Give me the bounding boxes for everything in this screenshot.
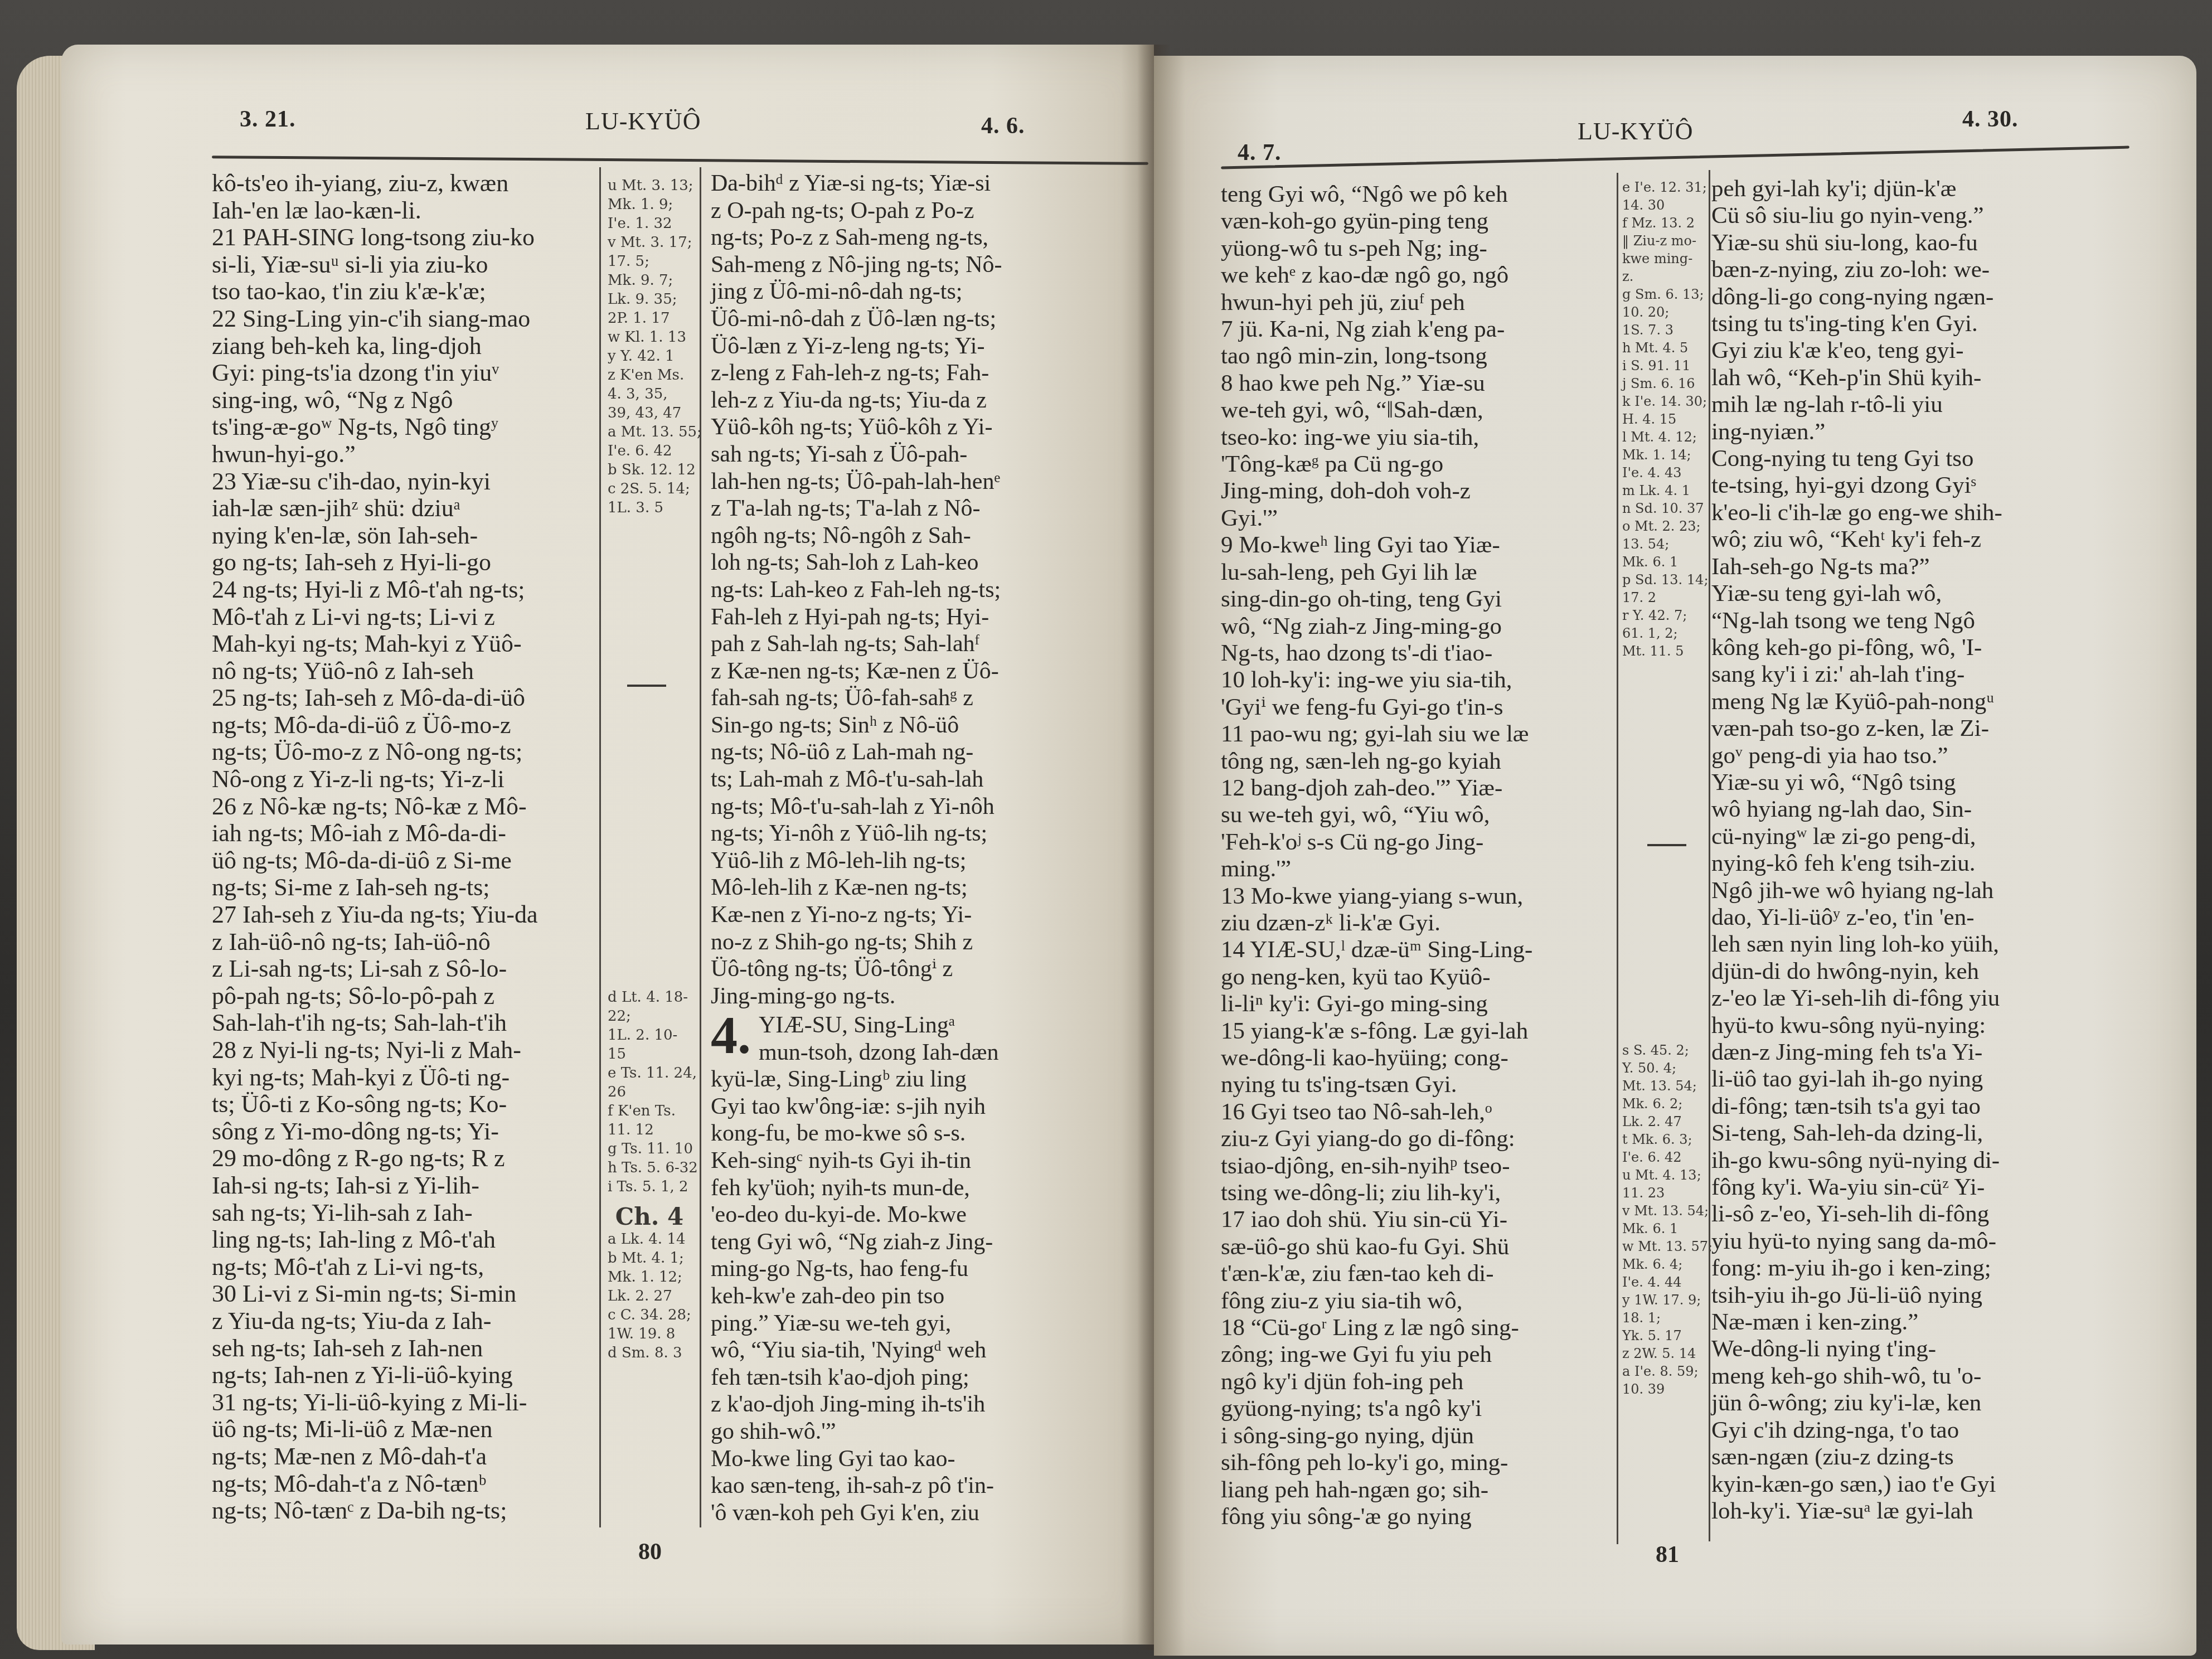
- text-line: li-sô z-'eo, Yi-seh-lih di-fông: [1711, 1201, 2113, 1228]
- text-line: Cong-nying tu teng Gyi tso: [1711, 445, 2113, 472]
- cross-reference: b Mt. 4. 1;: [608, 1249, 691, 1268]
- text-line: meng keh-go shih-wô, tu 'o-: [1711, 1363, 2113, 1390]
- text-line: z Li-sah ng-ts; Li-sah z Sô-lo-: [212, 955, 591, 983]
- text-line: tông ng, sæn-leh ng-go kyiah: [1221, 748, 1611, 775]
- text-line: sæ-üô-go shü kao-fu Gyi. Shü: [1221, 1234, 1611, 1260]
- text-line: z T'a-lah ng-ts; T'a-lah z Nô-: [711, 495, 1073, 522]
- text-line: hwun-hyi peh jü, ziuᶠ peh: [1221, 289, 1611, 316]
- text-line: 9 Mo-kweʰ ling Gyi tao Yiæ-: [1221, 532, 1611, 559]
- text-line: ngôh ng-ts; Nô-ngôh z Sah-: [711, 522, 1073, 550]
- text-line: li-üô tao gyi-lah ih-go nying: [1711, 1066, 2113, 1093]
- cross-reference: k I'e. 14. 30;: [1622, 392, 1706, 410]
- header-rule: [212, 156, 1148, 165]
- text-line: nô ng-ts; Yüô-nô z Iah-seh: [212, 658, 591, 685]
- text-line: Mah-kyi ng-ts; Mah-kyi z Yüô-: [212, 630, 591, 658]
- text-line: li-liⁿ ky'i: Gyi-go ming-sing: [1221, 991, 1611, 1017]
- text-line: Üô-tông ng-ts; Üô-tôngⁱ z: [711, 955, 1073, 983]
- cross-reference: t Mk. 6. 3;: [1622, 1131, 1706, 1148]
- cross-reference: v Mt. 3. 17;: [608, 233, 691, 252]
- cross-reference: ‖ Ziu-z mo-: [1622, 232, 1706, 250]
- text-line: fah-sah ng-ts; Üô-fah-sahᵍ z: [711, 685, 1073, 712]
- text-line: Gyi tao kw'ông-iæ: s-jih nyih: [711, 1093, 1073, 1120]
- text-line: leh-z z Yiu-da ng-ts; Yiu-da z: [711, 387, 1073, 414]
- cross-reference: 2P. 1. 17: [608, 309, 691, 328]
- cross-reference: i S. 91. 11: [1622, 357, 1706, 375]
- references-bottom: d Lt. 4. 18-22;1L. 2. 10-15e Ts. 11. 24,…: [608, 988, 691, 1196]
- text-line: 12 bang-djoh zah-deo.'” Yiæ-: [1221, 775, 1611, 802]
- text-line: kyin-kæn-go sæn,) iao t'e Gyi: [1711, 1471, 2113, 1498]
- text-line: 7 jü. Ka-ni, Ng ziah k'eng pa-: [1221, 316, 1611, 343]
- cross-reference: Mk. 1. 9;: [608, 195, 691, 214]
- text-line: Üô-læn z Yi-z-leng ng-ts; Yi-: [711, 333, 1073, 360]
- text-line: ing-nyiæn.”: [1711, 419, 2113, 445]
- text-line: cü-nyingʷ læ zi-go peng-di,: [1711, 823, 2113, 850]
- text-line: sæn-ngæn (ziu-z dzing-ts: [1711, 1444, 2113, 1471]
- text-line: loh-ky'i. Yiæ-suᵃ læ gyi-lah: [1711, 1498, 2113, 1525]
- cross-reference: i Ts. 5. 1, 2: [608, 1177, 691, 1196]
- text-line: 16 Gyi tseo tao Nô-sah-leh,ᵒ: [1221, 1099, 1611, 1126]
- text-line: ng-ts; Nô-tænᶜ z Da-bih ng-ts;: [212, 1497, 591, 1525]
- cross-reference: 11. 12: [608, 1120, 691, 1139]
- cross-reference: Mk. 6. 2;: [1622, 1095, 1706, 1113]
- text-line: tao ngô min-zin, long-tsong: [1221, 343, 1611, 370]
- left-text-column-1: kô-ts'eo ih-yiang, ziu-z, kwænIah-'en læ…: [212, 170, 591, 1525]
- text-line: k'eo-li c'ih-læ go eng-we shih-: [1711, 499, 2113, 526]
- cross-reference: 61. 1, 2;: [1622, 624, 1706, 642]
- text-line: zông; ing-we Gyi fu yiu peh: [1221, 1341, 1611, 1368]
- cross-reference: 1L. 2. 10-: [608, 1026, 691, 1045]
- text-line: ng-ts; Üô-mo-z z Nô-ong ng-ts;: [212, 739, 591, 766]
- text-line: Cü sô siu-liu go nyin-veng.”: [1711, 202, 2113, 229]
- cross-reference: Mk. 9. 7;: [608, 271, 691, 290]
- cross-reference: j Sm. 6. 16: [1622, 375, 1706, 392]
- text-line: loh ng-ts; Sah-loh z Lah-keo: [711, 549, 1073, 576]
- cross-reference: 39, 43, 47: [608, 404, 691, 423]
- cross-reference: Mk. 6. 1: [1622, 553, 1706, 571]
- text-line: jün ô-wông; ziu ky'i-læ, ken: [1711, 1390, 2113, 1417]
- text-line: Nô-ong z Yi-z-li ng-ts; Yi-z-li: [212, 766, 591, 793]
- text-line: feh ky'üoh; nyih-ts mun-de,: [711, 1175, 1073, 1202]
- text-line: ng-ts: Lah-keo z Fah-leh ng-ts;: [711, 576, 1073, 604]
- cross-reference: I'e. 1. 32: [608, 214, 691, 233]
- text-line: Si-teng, Sah-leh-da dzing-li,: [1711, 1120, 2113, 1147]
- cross-reference: 17. 2: [1622, 589, 1706, 607]
- text-line: djün-di do hwông-nyin, keh: [1711, 958, 2113, 985]
- right-text-column-2: peh gyi-lah ky'i; djün-k'æCü sô siu-liu …: [1711, 176, 2113, 1525]
- chapter-4-block: 4. YIÆ-SU, Sing-Lingᵃmun-tsoh, dzong Iah…: [711, 1012, 1073, 1526]
- text-line: Sah-lah-t'ih ng-ts; Sah-lah-t'ih: [212, 1010, 591, 1037]
- cross-reference: y 1W. 17. 9;: [1622, 1291, 1706, 1309]
- header-ref-start: 4. 7.: [1238, 139, 1282, 166]
- text-line: lu-sah-leng, peh Gyi lih læ: [1221, 559, 1611, 586]
- text-line: si-li, Yiæ-suᵘ si-li yia ziu-ko: [212, 251, 591, 279]
- references-bottom: s S. 45. 2;Y. 50. 4;Mt. 13. 54;Mk. 6. 2;…: [1622, 1041, 1706, 1398]
- cross-reference: s S. 45. 2;: [1622, 1041, 1706, 1059]
- cross-reference: d Lt. 4. 18-: [608, 988, 691, 1007]
- column-divider: [599, 167, 601, 1527]
- text-line: keh-kw'e zah-deo pin tso: [711, 1283, 1073, 1310]
- text-line: dông-li-go cong-nying ngæn-: [1711, 284, 2113, 311]
- text-line: Ng-ts, hao dzong ts'-di t'iao-: [1221, 640, 1611, 667]
- text-line: ng-ts; Mô-da-di-üô z Üô-mo-z: [212, 712, 591, 739]
- text-line: te-tsing, hyi-gyi dzong Gyiˢ: [1711, 472, 2113, 499]
- cross-reference: 1W. 19. 8: [608, 1325, 691, 1343]
- text-line: ziu-z Gyi yiang-do go di-fông:: [1221, 1126, 1611, 1152]
- cross-reference: Mk. 6. 4;: [1622, 1255, 1706, 1273]
- text-line: no-z z Shih-go ng-ts; Shih z: [711, 929, 1073, 956]
- cross-reference: 13. 54;: [1622, 535, 1706, 553]
- text-line: go shih-wô.'”: [711, 1418, 1073, 1445]
- text-line: ling ng-ts; Iah-ling z Mô-t'ah: [212, 1226, 591, 1254]
- cross-reference: Lk. 9. 35;: [608, 290, 691, 309]
- text-line: fông ky'i. Wa-yiu sin-cüᶻ Yi-: [1711, 1174, 2113, 1201]
- text-line: 30 Li-vi z Si-min ng-ts; Si-min: [212, 1280, 591, 1308]
- column-divider: [1617, 173, 1618, 1544]
- text-line: lah-hen ng-ts; Üô-pah-lah-henᵉ: [711, 468, 1073, 496]
- text-line: di-fông; tæn-tsih ts'a gyi tao: [1711, 1093, 2113, 1120]
- cross-reference: z.: [1622, 268, 1706, 285]
- text-line: tsih-yiu ih-go Jü-li-üô nying: [1711, 1282, 2113, 1309]
- text-line: 'Feh-k'oʲ s-s Cü ng-go Jing-: [1221, 829, 1611, 856]
- cross-reference: c C. 34. 28;: [608, 1306, 691, 1325]
- right-text-column-1: teng Gyi wô, “Ngô we pô kehvæn-koh-go gy…: [1221, 181, 1611, 1530]
- cross-reference: I'e. 6. 42: [608, 442, 691, 460]
- text-line: wô hyiang ng-lah dao, Sin-: [1711, 796, 2113, 823]
- text-line: z-leng z Fah-leh-z ng-ts; Fah-: [711, 360, 1073, 387]
- text-line: Mô-leh-lih z Kæ-nen ng-ts;: [711, 874, 1073, 901]
- text-line: go neng-ken, kyü tao Kyüô-: [1221, 964, 1611, 991]
- chapter-4-text: YIÆ-SU, Sing-Lingᵃmun-tsoh, dzong Iah-dæ…: [711, 1012, 1073, 1526]
- column-divider: [1709, 170, 1710, 1541]
- cross-reference: Y. 50. 4;: [1622, 1059, 1706, 1077]
- text-line: hyü-to kwu-sông nyü-nying:: [1711, 1012, 2113, 1039]
- text-line: teng Gyi wô, “Ng ziah-z Jing-: [711, 1229, 1073, 1256]
- text-line: Yiæ-su yi wô, “Ngô tsing: [1711, 769, 2113, 796]
- text-line: Yüô-kôh ng-ts; Yüô-kôh z Yi-: [711, 414, 1073, 441]
- text-line: ziang beh-keh ka, ling-djoh: [212, 333, 591, 360]
- text-line: wô; ziu wô, “Kehᵗ ky'i feh-z: [1711, 526, 2113, 553]
- text-line: 29 mo-dông z R-go ng-ts; R z: [212, 1145, 591, 1172]
- text-line: fong: m-yiu ih-go i ken-zing;: [1711, 1255, 2113, 1282]
- text-line: dao, Yi-li-üôʸ z-'eo, t'in 'en-: [1711, 904, 2113, 931]
- text-line: ng-ts; Nô-üô z Lah-mah ng-: [711, 739, 1073, 766]
- cross-reference: g Ts. 11. 10: [608, 1139, 691, 1158]
- text-line: yüong-wô tu s-peh Ng; ing-: [1221, 235, 1611, 262]
- text-line: Keh-singᶜ nyih-ts Gyi ih-tin: [711, 1147, 1073, 1175]
- text-line: kyi ng-ts; Mah-kyi z Üô-ti ng-: [212, 1064, 591, 1092]
- cross-reference: h Ts. 5. 6-32: [608, 1158, 691, 1177]
- text-line: goᵛ peng-di yia hao tso.”: [1711, 743, 2113, 769]
- text-line: 14 YIÆ-SU,ˡ dzæ-üᵐ Sing-Ling-: [1221, 937, 1611, 963]
- text-line: Yiæ-su shü siu-long, kao-fu: [1711, 230, 2113, 256]
- text-line: ts; Lah-mah z Mô-t'u-sah-lah: [711, 766, 1073, 793]
- cross-reference: I'e. 6. 42: [1622, 1148, 1706, 1166]
- text-line: væn-pah tso-go z-ken, læ Zi-: [1711, 715, 2113, 742]
- column-divider: [700, 167, 701, 1527]
- text-line: væn-koh-go gyün-ping teng: [1221, 208, 1611, 235]
- text-line: gyüong-nying; ts'a ngô ky'i: [1221, 1395, 1611, 1422]
- text-line: YIÆ-SU, Sing-Lingᵃ: [711, 1012, 1073, 1039]
- cross-reference: Mt. 13. 54;: [1622, 1077, 1706, 1095]
- cross-reference: 14. 30: [1622, 196, 1706, 214]
- right-cross-references: e I'e. 12. 31;14. 30f Mz. 13. 2‖ Ziu-z m…: [1622, 178, 1706, 1398]
- text-line: 28 z Nyi-li ng-ts; Nyi-li z Mah-: [212, 1037, 591, 1064]
- text-line: Næ-mæn i ken-zing.”: [1711, 1309, 2113, 1336]
- header-ref-end: 4. 30.: [1962, 106, 2019, 133]
- text-line: teng Gyi wô, “Ngô we pô keh: [1221, 181, 1611, 208]
- text-line: Da-bihᵈ z Yiæ-si ng-ts; Yiæ-si: [711, 170, 1073, 197]
- text-line: kô-ts'eo ih-yiang, ziu-z, kwæn: [212, 170, 591, 197]
- separator-dash: [1647, 844, 1686, 846]
- text-line: Fah-leh z Hyi-pah ng-ts; Hyi-: [711, 604, 1073, 631]
- text-line: meng Ng læ Kyüô-pah-nongᵘ: [1711, 688, 2113, 715]
- separator-dash: [627, 685, 666, 687]
- text-line: ts'ing-æ-goʷ Ng-ts, Ngô tingʸ: [212, 414, 591, 441]
- chapter-label: Ch. 4: [608, 1207, 691, 1226]
- text-line: We-dông-li nying t'ing-: [1711, 1336, 2113, 1362]
- cross-reference: o Mt. 2. 23;: [1622, 517, 1706, 535]
- text-line: Yiæ-su teng gyi-lah wô,: [1711, 580, 2113, 607]
- cross-reference: r Y. 42. 7;: [1622, 607, 1706, 624]
- text-line: we-dông-li kao-hyüing; cong-: [1221, 1045, 1611, 1071]
- text-line: tseo-ko: ing-we yiu sia-tih,: [1221, 424, 1611, 451]
- text-line: i sông-sing-go nying, djün: [1221, 1423, 1611, 1449]
- text-line: ng-ts; Yi-nôh z Yüô-lih ng-ts;: [711, 820, 1073, 847]
- text-line: fông ziu-z yiu sia-tih wô,: [1221, 1288, 1611, 1314]
- cross-reference: 4. 3, 35,: [608, 385, 691, 404]
- text-line: 18 “Cü-goʳ Ling z læ ngô sing-: [1221, 1314, 1611, 1341]
- text-line: z O-pah ng-ts; O-pah z Po-z: [711, 197, 1073, 225]
- cross-reference: n Sd. 10. 37: [1622, 499, 1706, 517]
- text-line: 8 hao kwe peh Ng.” Yiæ-su: [1221, 370, 1611, 397]
- text-line: tsing tu ts'ing-ting k'en Gyi.: [1711, 311, 2113, 337]
- text-line: 26 z Nô-kæ ng-ts; Nô-kæ z Mô-: [212, 793, 591, 821]
- cross-reference: Mt. 11. 5: [1622, 642, 1706, 660]
- text-line: z Iah-üô-nô ng-ts; Iah-üô-nô: [212, 929, 591, 956]
- text-line: sing-ing, wô, “Ng z Ngô: [212, 387, 591, 414]
- left-text-column-2: Da-bihᵈ z Yiæ-si ng-ts; Yiæ-siz O-pah ng…: [711, 170, 1073, 1010]
- cross-reference: h Mt. 4. 5: [1622, 339, 1706, 357]
- cross-reference: f K'en Ts.: [608, 1102, 691, 1120]
- cross-reference: 11. 23: [1622, 1184, 1706, 1202]
- chapter-number: 4.: [711, 1012, 751, 1059]
- text-line: 'Gyiⁱ we feng-fu Gyi-go t'in-s: [1221, 694, 1611, 721]
- text-line: z k'ao-djoh Jing-ming ih-ts'ih: [711, 1391, 1073, 1418]
- text-line: 15 yiang-k'æ s-fông. Læ gyi-lah: [1221, 1018, 1611, 1045]
- text-line: 21 PAH-SING long-tsong ziu-ko: [212, 224, 591, 251]
- cross-reference: u Mt. 4. 13;: [1622, 1166, 1706, 1184]
- cross-reference: 18. 1;: [1622, 1309, 1706, 1327]
- text-line: 23 Yiæ-su c'ih-dao, nyin-kyi: [212, 468, 591, 496]
- header-ref-end: 4. 6.: [981, 113, 1025, 139]
- references-top: u Mt. 3. 13;Mk. 1. 9;I'e. 1. 32v Mt. 3. …: [608, 176, 691, 517]
- text-line: üô ng-ts; Mô-da-di-üô z Si-me: [212, 847, 591, 875]
- text-line: kong-fu, be mo-kwe sô s-s.: [711, 1120, 1073, 1147]
- text-line: iah ng-ts; Mô-iah z Mô-da-di-: [212, 820, 591, 847]
- cross-reference: p Sd. 13. 14;: [1622, 571, 1706, 589]
- text-line: su we-teh gyi, wô, “Yiu wô,: [1221, 802, 1611, 828]
- text-line: sah ng-ts; Yi-lih-sah z Iah-: [212, 1200, 591, 1227]
- text-line: z Kæ-nen ng-ts; Kæ-nen z Üô-: [711, 658, 1073, 685]
- cross-reference: l Mt. 4. 12;: [1622, 428, 1706, 446]
- text-line: ng-ts; Mô-t'ah z Li-vi ng-ts,: [212, 1254, 591, 1281]
- text-line: ts; Üô-ti z Ko-sông ng-ts; Ko-: [212, 1091, 591, 1118]
- text-line: kông keh-go pi-fông, wô, 'I-: [1711, 634, 2113, 661]
- text-line: ping.” Yiæ-su we-teh gyi,: [711, 1310, 1073, 1337]
- text-line: 'ô væn-koh peh Gyi k'en, ziu: [711, 1500, 1073, 1527]
- cross-reference: Lk. 2. 27: [608, 1287, 691, 1306]
- text-line: 24 ng-ts; Hyi-li z Mô-t'ah ng-ts;: [212, 576, 591, 604]
- text-line: mih læ ng-lah r-tô-li yiu: [1711, 391, 2113, 418]
- text-line: 13 Mo-kwe yiang-yiang s-wun,: [1221, 883, 1611, 910]
- cross-reference: 1S. 7. 3: [1622, 321, 1706, 339]
- cross-reference: a I'e. 8. 59;: [1622, 1362, 1706, 1380]
- text-line: wô, “Ng ziah-z Jing-ming-go: [1221, 613, 1611, 640]
- cross-reference: d Sm. 8. 3: [608, 1343, 691, 1362]
- text-line: we-teh gyi, wô, “‖Sah-dæn,: [1221, 397, 1611, 424]
- text-line: Kæ-nen z Yi-no-z ng-ts; Yi-: [711, 901, 1073, 929]
- text-line: 25 ng-ts; Iah-seh z Mô-da-di-üô: [212, 685, 591, 712]
- text-line: Gyi c'ih dzing-nga, t'o tao: [1711, 1417, 2113, 1444]
- text-line: Sah-meng z Nô-jing ng-ts; Nô-: [711, 251, 1073, 279]
- cross-reference: z K'en Ms.: [608, 366, 691, 385]
- cross-reference: 22;: [608, 1007, 691, 1026]
- text-line: sih-fông peh lo-ky'i go, ming-: [1221, 1449, 1611, 1476]
- cross-reference: m Lk. 4. 1: [1622, 482, 1706, 499]
- text-line: tsiao-djông, en-sih-nyihᵖ tseo-: [1221, 1153, 1611, 1180]
- cross-reference: w Kl. 1. 13: [608, 328, 691, 347]
- text-line: tsing we-dông-li; ziu lih-ky'i,: [1221, 1180, 1611, 1206]
- text-line: t'æn-k'æ, ziu fæn-tao keh di-: [1221, 1260, 1611, 1287]
- header-title: LU-KYÜÔ: [585, 107, 701, 135]
- text-line: Mo-kwe ling Gyi tao kao-: [711, 1445, 1073, 1473]
- text-line: 'Tông-kæᵍ pa Cü ng-go: [1221, 451, 1611, 478]
- text-line: yiu hyü-to nying sang da-mô-: [1711, 1228, 2113, 1255]
- text-line: Mô-t'ah z Li-vi ng-ts; Li-vi z: [212, 604, 591, 631]
- text-line: ih-go kwu-sông nyü-nying di-: [1711, 1147, 2113, 1174]
- text-line: 'eo-deo du-kyi-de. Mo-kwe: [711, 1201, 1073, 1229]
- text-line: ming.'”: [1221, 856, 1611, 882]
- text-line: nying-kô feh k'eng tsih-ziu.: [1711, 850, 2113, 877]
- text-line: nying k'en-læ, sön Iah-seh-: [212, 522, 591, 550]
- text-line: Ngô jih-we wô hyiang ng-lah: [1711, 877, 2113, 904]
- cross-reference: 10. 39: [1622, 1380, 1706, 1398]
- text-line: 22 Sing-Ling yin-c'ih siang-mao: [212, 305, 591, 333]
- text-line: sông z Yi-mo-dông ng-ts; Yi-: [212, 1118, 591, 1146]
- text-line: ziu dzæn-zᵏ li-k'æ Gyi.: [1221, 910, 1611, 937]
- text-line: hwun-hyi-go.”: [212, 441, 591, 468]
- header-rule: [1221, 146, 2129, 169]
- text-line: z Yiu-da ng-ts; Yiu-da z Iah-: [212, 1308, 591, 1335]
- text-line: üô ng-ts; Mi-li-üô z Mæ-nen: [212, 1416, 591, 1443]
- cross-reference: f Mz. 13. 2: [1622, 214, 1706, 232]
- cross-reference: 15: [608, 1045, 691, 1064]
- text-line: sing-din-go oh-ting, teng Gyi: [1221, 586, 1611, 613]
- text-line: z-'eo læ Yi-seh-lih di-fông yiu: [1711, 985, 2113, 1012]
- text-line: ng-ts; Si-me z Iah-seh ng-ts;: [212, 874, 591, 901]
- cross-reference: a Lk. 4. 14: [608, 1230, 691, 1249]
- text-line: bæn-z-nying, ziu zo-loh: we-: [1711, 256, 2113, 283]
- cross-reference: e I'e. 12. 31;: [1622, 178, 1706, 196]
- cross-reference: Mk. 6. 1: [1622, 1220, 1706, 1238]
- cross-reference: 1L. 3. 5: [608, 498, 691, 517]
- text-line: liang peh hah-ngæn go; sih-: [1221, 1477, 1611, 1503]
- cross-reference: a Mt. 13. 55;: [608, 423, 691, 442]
- text-line: Gyi: ping-ts'ia dzong t'in yiuᵛ: [212, 360, 591, 387]
- references-chapter-4: a Lk. 4. 14b Mt. 4. 1;Mk. 1. 12;Lk. 2. 2…: [608, 1230, 691, 1362]
- cross-reference: H. 4. 15: [1622, 410, 1706, 428]
- text-line: feh tæn-tsih k'ao-djoh ping;: [711, 1364, 1073, 1391]
- text-line: fông yiu sông-'æ go nying: [1221, 1503, 1611, 1530]
- text-line: Iah-seh-go Ng-ts ma?”: [1711, 554, 2113, 580]
- text-line: sah ng-ts; Yi-sah z Üô-pah-: [711, 441, 1073, 468]
- text-line: ngô ky'i djün foh-ing peh: [1221, 1369, 1611, 1395]
- text-line: ng-ts; Iah-nen z Yi-li-üô-kying: [212, 1362, 591, 1389]
- text-line: 10 loh-ky'i: ing-we yiu sia-tih,: [1221, 667, 1611, 693]
- text-line: jing z Üô-mi-nô-dah ng-ts;: [711, 278, 1073, 305]
- left-cross-references: u Mt. 3. 13;Mk. 1. 9;I'e. 1. 32v Mt. 3. …: [608, 176, 691, 1362]
- cross-reference: c 2S. 5. 14;: [608, 479, 691, 498]
- text-line: Yüô-lih z Mô-leh-lih ng-ts;: [711, 847, 1073, 875]
- text-line: leh sæn nyin ling loh-ko yüih,: [1711, 931, 2113, 958]
- cross-reference: Lk. 2. 47: [1622, 1113, 1706, 1131]
- page-number: 80: [638, 1539, 662, 1565]
- cross-reference: Mk. 1. 14;: [1622, 446, 1706, 464]
- text-line: Jing-ming, doh-doh voh-z: [1221, 478, 1611, 505]
- text-line: tso tao-kao, t'in ziu k'æ-k'æ;: [212, 278, 591, 305]
- cross-reference: z 2W. 5. 14: [1622, 1345, 1706, 1362]
- left-page: 3. 21. LU-KYÜÔ 4. 6. kô-ts'eo ih-yiang, …: [61, 45, 1154, 1645]
- text-line: sang ky'i i zi:' ah-lah t'ing-: [1711, 661, 2113, 688]
- header-ref-start: 3. 21.: [240, 106, 296, 133]
- text-line: Iah-'en læ lao-kæn-li.: [212, 197, 591, 225]
- text-line: 31 ng-ts; Yi-li-üô-kying z Mi-li-: [212, 1389, 591, 1417]
- cross-reference: 26: [608, 1083, 691, 1102]
- text-line: seh ng-ts; Iah-seh z Iah-nen: [212, 1335, 591, 1362]
- text-line: go ng-ts; Iah-seh z Hyi-li-go: [212, 549, 591, 576]
- references-top: e I'e. 12. 31;14. 30f Mz. 13. 2‖ Ziu-z m…: [1622, 178, 1706, 660]
- cross-reference: 17. 5;: [608, 252, 691, 271]
- cross-reference: y Y. 42. 1: [608, 347, 691, 366]
- text-line: Üô-mi-nô-dah z Üô-læn ng-ts;: [711, 305, 1073, 333]
- text-line: we kehᵉ z kao-dæ ngô go, ngô: [1221, 262, 1611, 289]
- text-line: peh gyi-lah ky'i; djün-k'æ: [1711, 176, 2113, 202]
- text-line: Gyi ziu k'æ k'eo, teng gyi-: [1711, 337, 2113, 364]
- text-line: lah wô, “Keh-p'in Shü kyih-: [1711, 365, 2113, 391]
- cross-reference: I'e. 4. 43: [1622, 464, 1706, 482]
- cross-reference: g Sm. 6. 13;: [1622, 285, 1706, 303]
- text-line: kao sæn-teng, ih-sah-z pô t'in-: [711, 1472, 1073, 1500]
- cross-reference: I'e. 4. 44: [1622, 1273, 1706, 1291]
- text-line: pô-pah ng-ts; Sô-lo-pô-pah z: [212, 983, 591, 1010]
- cross-reference: u Mt. 3. 13;: [608, 176, 691, 195]
- text-line: ming-go Ng-ts, hao feng-fu: [711, 1255, 1073, 1283]
- text-line: iah-læ sæn-jihᶻ shü: dziuᵃ: [212, 495, 591, 522]
- cross-reference: b Sk. 12. 12: [608, 460, 691, 479]
- text-line: 27 Iah-seh z Yiu-da ng-ts; Yiu-da: [212, 901, 591, 929]
- cross-reference: v Mt. 13. 54;: [1622, 1202, 1706, 1220]
- cross-reference: Mk. 1. 12;: [608, 1268, 691, 1287]
- cross-reference: w Mt. 13. 57;: [1622, 1238, 1706, 1255]
- cross-reference: Yk. 5. 17: [1622, 1327, 1706, 1345]
- open-book: 3. 21. LU-KYÜÔ 4. 6. kô-ts'eo ih-yiang, …: [0, 22, 2212, 1659]
- page-number: 81: [1656, 1541, 1679, 1568]
- text-line: pah z Sah-lah ng-ts; Sah-lahᶠ: [711, 630, 1073, 658]
- text-line: wô, “Yiu sia-tih, 'Nyingᵈ weh: [711, 1337, 1073, 1364]
- cross-reference: 10. 20;: [1622, 303, 1706, 321]
- text-line: ng-ts; Mô-dah-t'a z Nô-tænᵇ: [212, 1471, 591, 1498]
- text-line: nying tu ts'ing-tsæn Gyi.: [1221, 1071, 1611, 1098]
